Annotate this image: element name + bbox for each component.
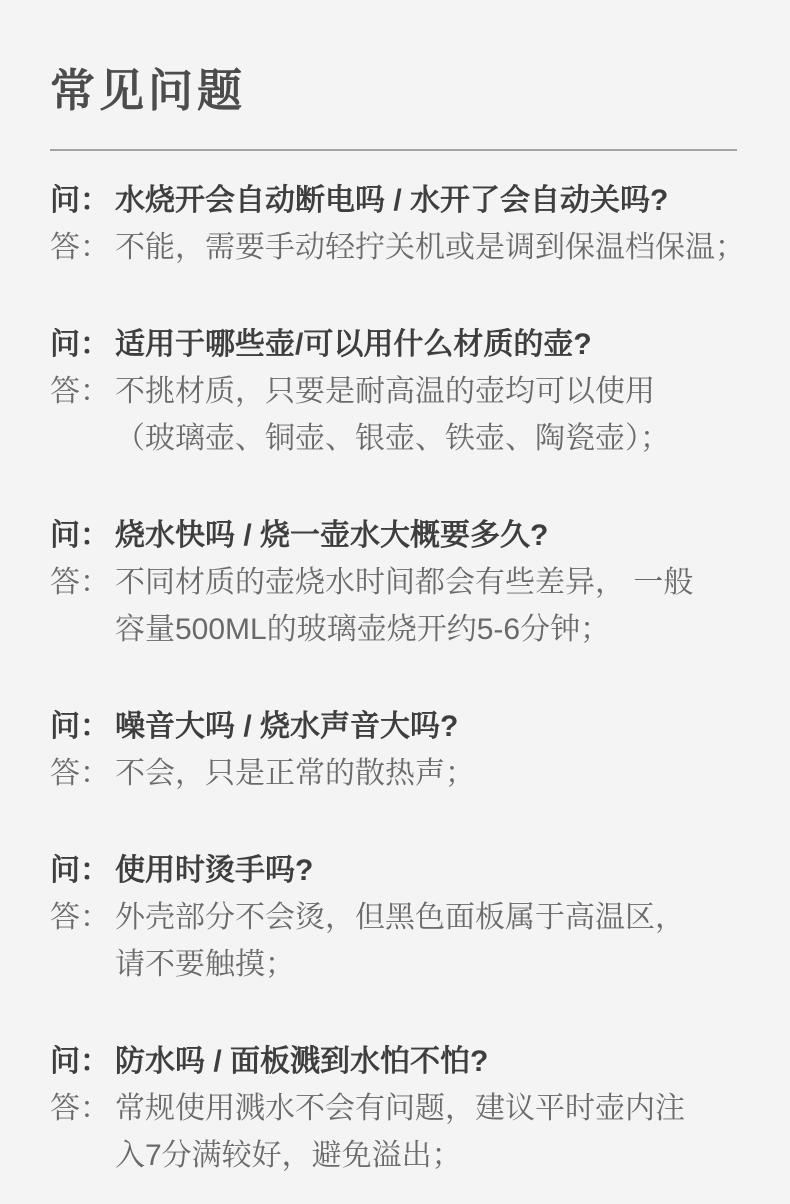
question-row: 问： 噪音大吗 / 烧水声音大吗? — [50, 703, 765, 750]
question-text: 噪音大吗 / 烧水声音大吗? — [115, 703, 765, 750]
answer-label: 答： — [50, 559, 115, 606]
question-row: 问： 适用于哪些壶/可以用什么材质的壶? — [50, 321, 765, 368]
answer-row: 答： 不挑材质，只要是耐高温的壶均可以使用 （玻璃壶、铜壶、银壶、铁壶、陶瓷壶）… — [50, 368, 765, 462]
question-text: 防水吗 / 面板溅到水怕不怕? — [115, 1038, 765, 1085]
question-label: 问： — [50, 847, 115, 894]
question-label: 问： — [50, 321, 115, 368]
question-text: 使用时烫手吗? — [115, 847, 765, 894]
question-label: 问： — [50, 703, 115, 750]
answer-row: 答： 不能，需要手动轻拧关机或是调到保温档保温； — [50, 224, 765, 271]
question-row: 问： 水烧开会自动断电吗 / 水开了会自动关吗? — [50, 177, 765, 224]
question-label: 问： — [50, 177, 115, 224]
answer-label: 答： — [50, 894, 115, 941]
question-row: 问： 烧水快吗 / 烧一壶水大概要多久? — [50, 512, 765, 559]
faq-item: 问： 噪音大吗 / 烧水声音大吗? 答： 不会，只是正常的散热声； — [50, 703, 765, 797]
answer-label: 答： — [50, 1085, 115, 1132]
faq-item: 问： 适用于哪些壶/可以用什么材质的壶? 答： 不挑材质，只要是耐高温的壶均可以… — [50, 321, 765, 462]
answer-text: 不挑材质，只要是耐高温的壶均可以使用 （玻璃壶、铜壶、银壶、铁壶、陶瓷壶）； — [115, 368, 765, 462]
faq-list: 问： 水烧开会自动断电吗 / 水开了会自动关吗? 答： 不能，需要手动轻拧关机或… — [50, 177, 765, 1179]
answer-label: 答： — [50, 368, 115, 415]
answer-label: 答： — [50, 750, 115, 797]
answer-row: 答： 外壳部分不会烫，但黑色面板属于高温区， 请不要触摸； — [50, 894, 765, 988]
question-row: 问： 使用时烫手吗? — [50, 847, 765, 894]
faq-item: 问： 水烧开会自动断电吗 / 水开了会自动关吗? 答： 不能，需要手动轻拧关机或… — [50, 177, 765, 271]
page-title: 常见问题 — [50, 68, 765, 113]
answer-text: 不同材质的壶烧水时间都会有些差异， 一般 容量500ML的玻璃壶烧开约5-6分钟… — [115, 559, 765, 653]
title-divider — [50, 149, 737, 151]
question-row: 问： 防水吗 / 面板溅到水怕不怕? — [50, 1038, 765, 1085]
question-label: 问： — [50, 512, 115, 559]
answer-row: 答： 不会，只是正常的散热声； — [50, 750, 765, 797]
answer-text: 不能，需要手动轻拧关机或是调到保温档保温； — [115, 224, 765, 271]
question-text: 水烧开会自动断电吗 / 水开了会自动关吗? — [115, 177, 765, 224]
answer-text: 常规使用溅水不会有问题，建议平时壶内注 入7分满较好，避免溢出； — [115, 1085, 765, 1179]
answer-text: 外壳部分不会烫，但黑色面板属于高温区， 请不要触摸； — [115, 894, 765, 988]
faq-item: 问： 烧水快吗 / 烧一壶水大概要多久? 答： 不同材质的壶烧水时间都会有些差异… — [50, 512, 765, 653]
question-text: 烧水快吗 / 烧一壶水大概要多久? — [115, 512, 765, 559]
answer-text: 不会，只是正常的散热声； — [115, 750, 765, 797]
faq-item: 问： 使用时烫手吗? 答： 外壳部分不会烫，但黑色面板属于高温区， 请不要触摸； — [50, 847, 765, 988]
faq-item: 问： 防水吗 / 面板溅到水怕不怕? 答： 常规使用溅水不会有问题，建议平时壶内… — [50, 1038, 765, 1179]
question-label: 问： — [50, 1038, 115, 1085]
answer-label: 答： — [50, 224, 115, 271]
faq-page: 常见问题 问： 水烧开会自动断电吗 / 水开了会自动关吗? 答： 不能，需要手动… — [0, 0, 790, 1179]
question-text: 适用于哪些壶/可以用什么材质的壶? — [115, 321, 765, 368]
answer-row: 答： 常规使用溅水不会有问题，建议平时壶内注 入7分满较好，避免溢出； — [50, 1085, 765, 1179]
answer-row: 答： 不同材质的壶烧水时间都会有些差异， 一般 容量500ML的玻璃壶烧开约5-… — [50, 559, 765, 653]
